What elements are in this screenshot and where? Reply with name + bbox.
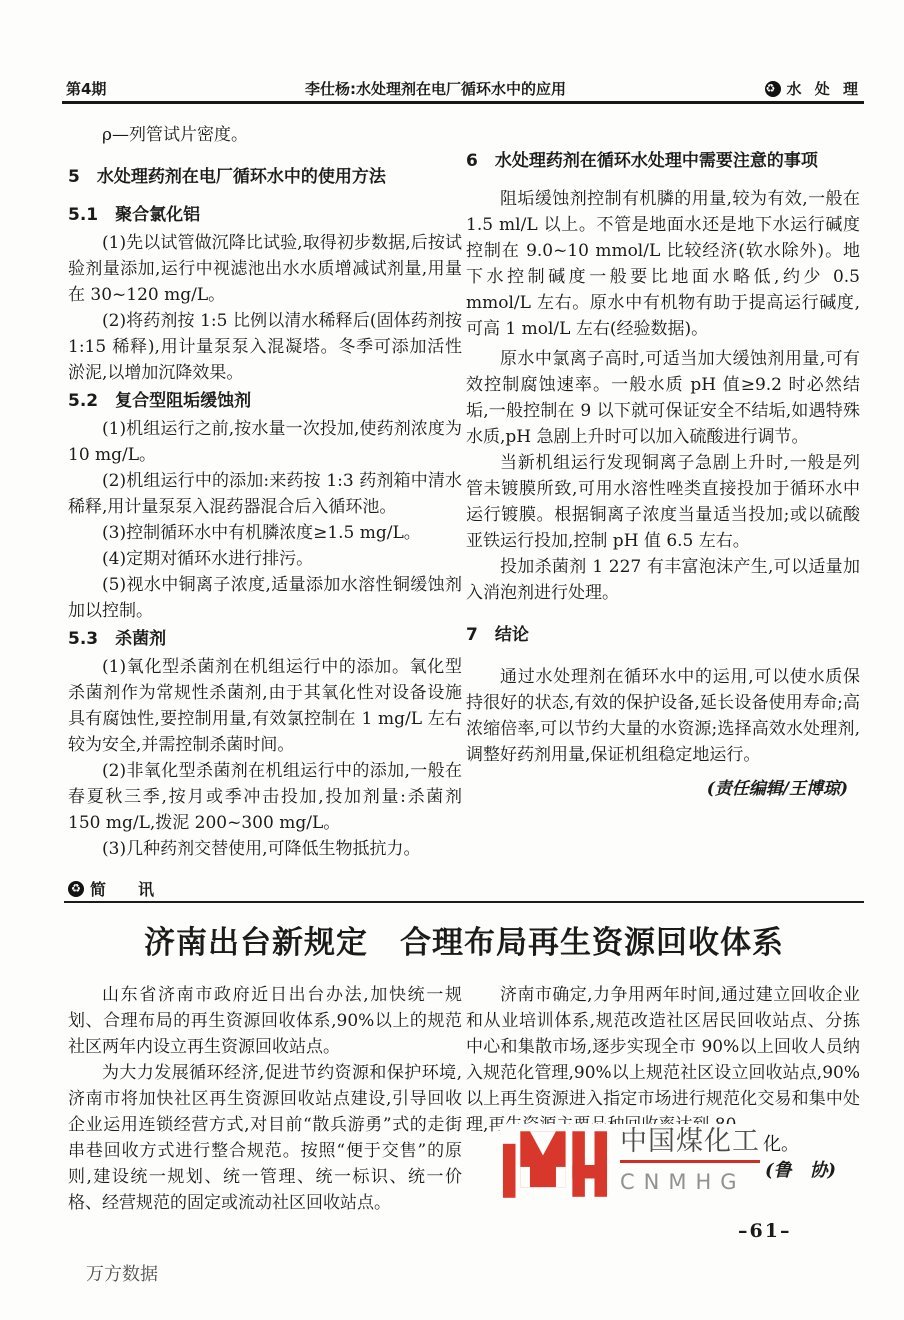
page-number: –61– (738, 1220, 791, 1242)
journal-page: 第4期 李仕杨:水处理剂在电厂循环水中的应用 ♻ 水 处 理 ρ—列管试片密度。… (0, 0, 904, 1320)
paragraph: (5)视水中铜离子浓度,适量添加水溶性铜缓蚀剂加以控制。 (68, 572, 462, 624)
brief-column-left: 山东省济南市政府近日出台办法,加快统一规划、合理布局的再生资源回收体系,90%以… (68, 982, 462, 1216)
editor-credit: (责任编辑/王博琼) (466, 776, 848, 802)
paragraph: 当新机组运行发现铜离子急剧上升时,一般是列管未镀膜所致,可用水溶性唑类直接投加于… (466, 450, 860, 554)
paragraph: 为大力发展循环经济,促进节约资源和保护环境,济南市将加快社区再生资源回收站点建设… (68, 1060, 462, 1216)
paragraph: (3)控制循环水中有机膦浓度≥1.5 mg/L。 (68, 520, 462, 546)
header-journal-name: ♻ 水 处 理 (765, 78, 862, 99)
cnmhg-logo-icon (502, 1126, 608, 1204)
article-column-left: ρ—列管试片密度。 5 水处理药剂在电厂循环水中的使用方法 5.1 聚合氯化铝 … (68, 122, 462, 862)
paragraph: (2)非氧化型杀菌剂在机组运行中的添加,一般在春夏秋三季,按月或季冲击投加,投加… (68, 758, 462, 836)
watermark-tail-text: 化。 (763, 1134, 799, 1155)
paragraph: 投加杀菌剂 1 227 有丰富泡沫产生,可以适量加入消泡剂进行处理。 (466, 554, 860, 606)
header-issue: 第4期 (66, 78, 106, 99)
page-header: 第4期 李仕杨:水处理剂在电厂循环水中的应用 ♻ 水 处 理 (66, 78, 862, 99)
brief-column-right: 济南市确定,力争用两年时间,通过建立回收企业和从业培训体系,规范改造社区居民回收… (466, 982, 860, 1138)
paragraph: 济南市确定,力争用两年时间,通过建立回收企业和从业培训体系,规范改造社区居民回收… (466, 982, 860, 1138)
brief-section-header: ♻ 简 讯 (68, 877, 154, 900)
section-heading-7: 7 结论 (466, 622, 860, 648)
header-running-title: 李仕杨:水处理剂在电厂循环水中的应用 (305, 78, 566, 99)
section-heading-5-1: 5.1 聚合氯化铝 (68, 202, 462, 228)
paragraph: 原水中氯离子高时,可适当加大缓蚀剂用量,可有效控制腐蚀速率。一般水质 pH 值≥… (466, 346, 860, 450)
section-heading-6: 6 水处理药剂在循环水处理中需要注意的事项 (466, 148, 860, 174)
article-column-right: 6 水处理药剂在循环水处理中需要注意的事项 阻垢缓蚀剂控制有机膦的用量,较为有效… (466, 122, 860, 802)
header-rule (62, 101, 864, 104)
brief-section-label: 简 讯 (90, 877, 154, 900)
wanfang-data-mark: 万方数据 (86, 1260, 158, 1286)
brief-signature: (鲁 协) (738, 1156, 863, 1182)
paragraph: (1)机组运行之前,按水量一次投加,使药剂浓度为 10 mg/L。 (68, 416, 462, 468)
section-heading-5-2: 5.2 复合型阻垢缓蚀剂 (68, 388, 462, 414)
paragraph: 阻垢缓蚀剂控制有机膦的用量,较为有效,一般在 1.5 ml/L 以上。不管是地面… (466, 186, 860, 342)
paragraph: (1)先以试管做沉降比试验,取得初步数据,后按试验剂量添加,运行中视滤池出水水质… (68, 230, 462, 308)
section-heading-5: 5 水处理药剂在电厂循环水中的使用方法 (68, 164, 462, 190)
paragraph: 山东省济南市政府近日出台办法,加快统一规划、合理布局的再生资源回收体系,90%以… (68, 982, 462, 1060)
paragraph: (1)氧化型杀菌剂在机组运行中的添加。氧化型杀菌剂作为常规性杀菌剂,由于其氧化性… (68, 654, 462, 758)
paragraph: (2)机组运行中的添加:来药按 1:3 药剂箱中清水稀释,用计量泵泵入混药器混合… (68, 468, 462, 520)
section-heading-5-3: 5.3 杀菌剂 (68, 626, 462, 652)
paragraph: 通过水处理剂在循环水中的运用,可以使水质保持很好的状态,有效的保护设备,延长设备… (466, 664, 860, 768)
brief-title: 济南出台新规定 合理布局再生资源回收体系 (68, 917, 860, 962)
paragraph: ρ—列管试片密度。 (68, 122, 462, 148)
brief-rule (64, 901, 864, 903)
recycle-icon: ♻ (765, 81, 781, 97)
journal-name-label: 水 处 理 (787, 78, 862, 99)
recycle-icon: ♻ (68, 881, 84, 897)
paragraph: (3)几种药剂交替使用,可降低生物抵抗力。 (68, 836, 462, 862)
paragraph: (4)定期对循环水进行排污。 (68, 546, 462, 572)
paragraph: (2)将药剂按 1:5 比例以清水稀释后(固体药剂按 1:15 稀释),用计量泵… (68, 308, 462, 386)
